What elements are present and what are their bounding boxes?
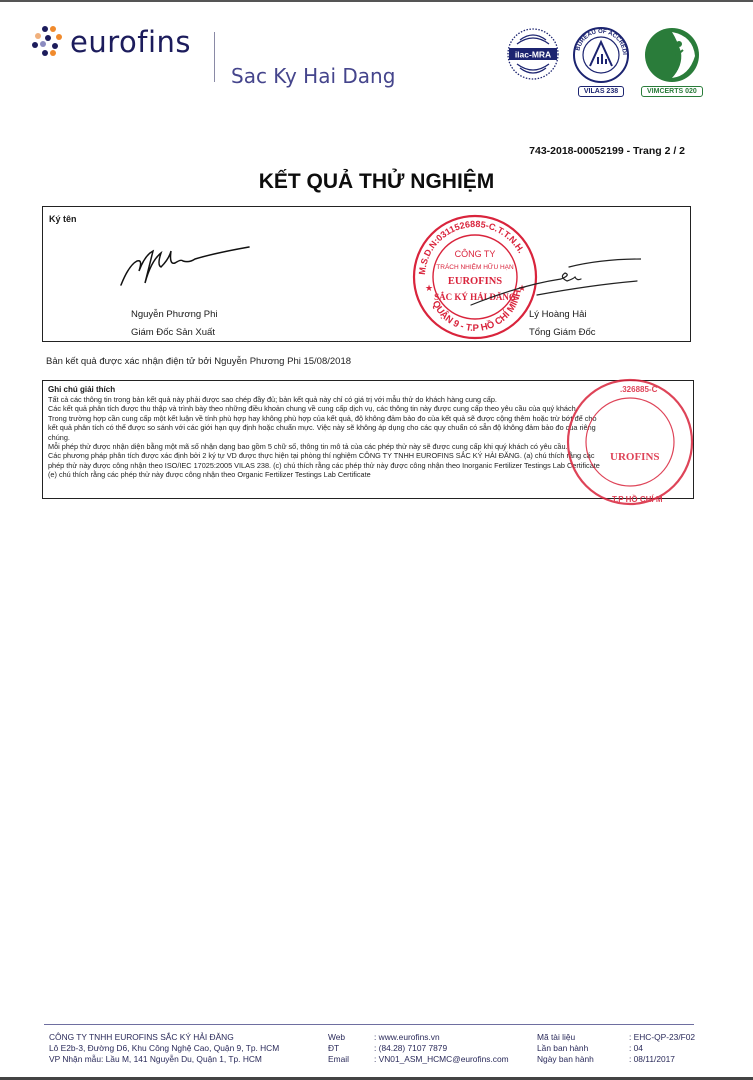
brand-name: eurofins xyxy=(70,28,191,57)
footer-company: CÔNG TY TNHH EUROFINS SẮC KÝ HẢI ĐĂNG Lô… xyxy=(49,1032,279,1066)
web-label: Web xyxy=(328,1032,349,1043)
signature-nguyen-phuong-phi xyxy=(115,237,255,292)
signatory-left: Nguyễn Phương Phi Giám Đốc Sản Xuất xyxy=(131,306,218,342)
header-divider xyxy=(214,32,215,82)
footer-contact-labels: Web ĐT Email xyxy=(328,1032,349,1066)
doc-code-label: Mã tài liệu xyxy=(537,1032,594,1043)
signatory-right-name: Lý Hoàng Hải xyxy=(529,306,596,324)
footer-divider xyxy=(44,1024,694,1025)
email-link[interactable]: : VN01_ASM_HCMC@eurofins.com xyxy=(374,1054,509,1065)
footer-doc-labels: Mã tài liệu Lần ban hành Ngày ban hành xyxy=(537,1032,594,1066)
svg-text:UROFINS: UROFINS xyxy=(610,451,660,463)
revision-value: : 04 xyxy=(629,1043,695,1054)
electronic-confirmation: Bản kết quả được xác nhận điện tử bởi Ng… xyxy=(46,356,351,367)
footer-reception-address: VP Nhận mẫu: Lầu M, 141 Nguyễn Du, Quận … xyxy=(49,1054,279,1065)
signatory-left-role: Giám Đốc Sản Xuất xyxy=(131,324,218,342)
svg-text:T.P HỒ CHÍ M: T.P HỒ CHÍ M xyxy=(612,494,663,504)
eurofins-dots-icon xyxy=(32,25,66,59)
doc-code-value: : EHC-QP-23/F02 xyxy=(629,1032,695,1043)
accreditation-badges: ilac-MRA BUREAU OF ACCREDITATION VILAS 2… xyxy=(505,26,703,97)
signature-label: Ký tên xyxy=(49,214,77,224)
boa-vietnam-badge: BUREAU OF ACCREDITATION VILAS 238 xyxy=(571,26,631,97)
vilas-label: VILAS 238 xyxy=(578,86,624,97)
web-link[interactable]: : www.eurofins.vn xyxy=(374,1032,509,1043)
phone-label: ĐT xyxy=(328,1043,349,1054)
svg-text:ilac-MRA: ilac-MRA xyxy=(515,50,551,60)
vimcerts-badge: VIMCERTS 020 xyxy=(641,26,703,97)
vimcerts-label: VIMCERTS 020 xyxy=(641,86,703,97)
ilac-mra-icon: ilac-MRA xyxy=(505,26,561,82)
eurofins-logo: eurofins xyxy=(32,25,191,59)
signatory-left-name: Nguyễn Phương Phi xyxy=(131,306,218,324)
issue-date-value: : 08/11/2017 xyxy=(629,1054,695,1065)
footer-address: Lô E2b-3, Đường D6, Khu Công Nghệ Cao, Q… xyxy=(49,1043,279,1054)
boa-vietnam-icon: BUREAU OF ACCREDITATION xyxy=(571,26,631,84)
document-reference: 743-2018-00052199 - Trang 2 / 2 xyxy=(529,145,685,157)
revision-label: Lần ban hành xyxy=(537,1043,594,1054)
email-label: Email xyxy=(328,1054,349,1065)
ilac-mra-badge: ilac-MRA xyxy=(505,26,561,82)
issue-date-label: Ngày ban hành xyxy=(537,1054,594,1065)
signatory-right: Lý Hoàng Hải Tổng Giám Đốc xyxy=(529,306,596,342)
footer-company-name: CÔNG TY TNHH EUROFINS SẮC KÝ HẢI ĐĂNG xyxy=(49,1032,279,1043)
phone-value: : (84.28) 7107 7879 xyxy=(374,1043,509,1054)
svg-text:★: ★ xyxy=(425,283,433,293)
svg-text:.326885-C: .326885-C xyxy=(620,385,658,394)
brand-subtitle: Sac Ky Hai Dang xyxy=(231,64,395,88)
page-edge-top xyxy=(0,0,753,2)
footer-contact-values: : www.eurofins.vn : (84.28) 7107 7879 : … xyxy=(374,1032,509,1066)
partial-stamp-icon: .326885-C UROFINS T.P HỒ CHÍ M xyxy=(560,372,730,512)
footer-doc-values: : EHC-QP-23/F02 : 04 : 08/11/2017 xyxy=(629,1032,695,1066)
signature-box: Ký tên Nguyễn Phương Phi Giám Đốc Sản Xu… xyxy=(42,206,691,342)
vimcerts-icon xyxy=(643,26,701,84)
page-title: KẾT QUẢ THỬ NGHIỆM xyxy=(0,170,753,194)
signature-ly-hoang-hai xyxy=(461,237,641,317)
notes-title: Ghi chú giải thích xyxy=(48,385,115,394)
signatory-right-role: Tổng Giám Đốc xyxy=(529,324,596,342)
